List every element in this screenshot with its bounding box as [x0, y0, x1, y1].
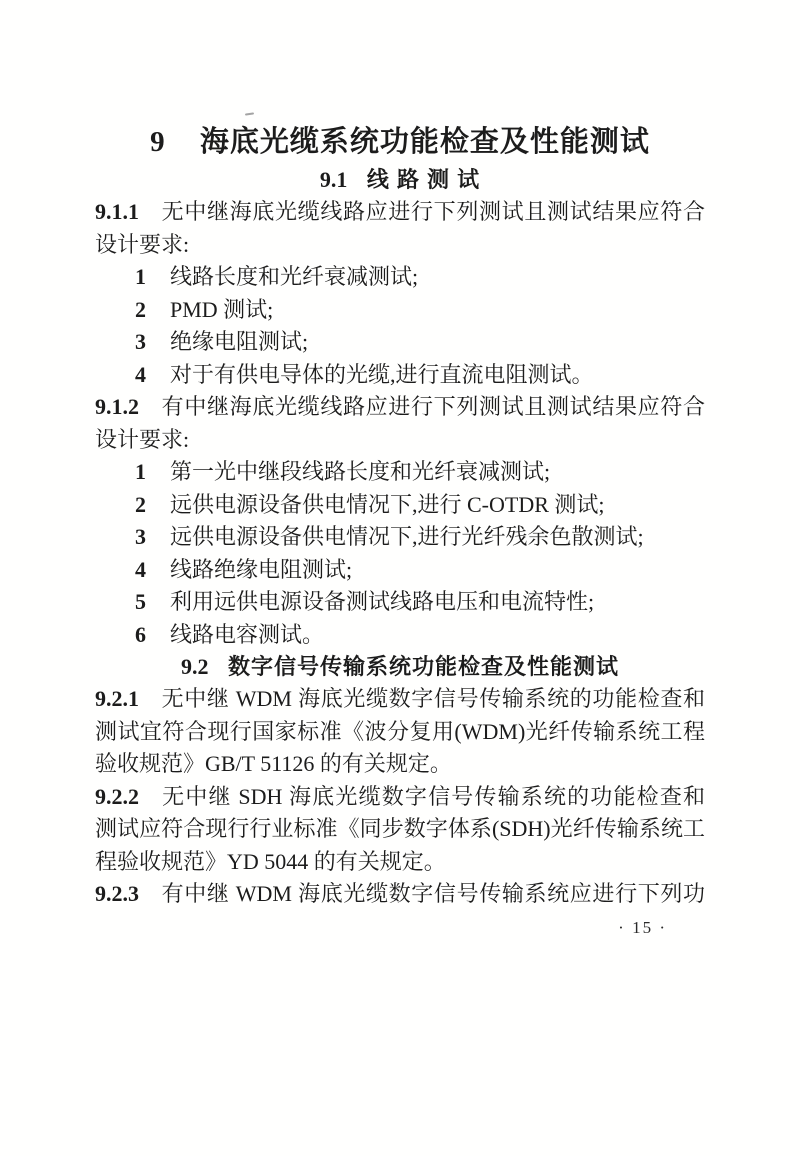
clause-9-2-1: 9.2.1无中继 WDM 海底光缆数字信号传输系统的功能检查和 测试宜符合现行国…	[95, 683, 705, 781]
section-9-2-heading: 9.2 数字信号传输系统功能检查及性能测试	[95, 651, 705, 683]
item-text: 线路长度和光纤衰减测试;	[170, 264, 418, 289]
clause-line: 9.2.3有中继 WDM 海底光缆数字信号传输系统应进行下列功	[95, 878, 705, 911]
clause-text: 有中继海底光缆线路应进行下列测试且测试结果应符合	[161, 394, 705, 419]
list-item: 2PMD 测试;	[95, 294, 705, 327]
clause-number: 9.2.1	[95, 686, 139, 711]
clause-text: 无中继 WDM 海底光缆数字信号传输系统的功能检查和	[161, 686, 705, 711]
clause-line: 设计要求:	[95, 424, 705, 457]
clause-text: 测试应符合现行行业标准《同步数字体系(SDH)光纤传输系统工	[95, 816, 705, 841]
clause-9-1-2: 9.1.2有中继海底光缆线路应进行下列测试且测试结果应符合 设计要求: 1第一光…	[95, 391, 705, 651]
clause-line: 9.1.1无中继海底光缆线路应进行下列测试且测试结果应符合	[95, 196, 705, 229]
clause-line: 设计要求:	[95, 229, 705, 262]
clause-text: 无中继海底光缆线路应进行下列测试且测试结果应符合	[161, 199, 705, 224]
item-text: 对于有供电导体的光缆,进行直流电阻测试。	[170, 362, 594, 387]
list-item: 3绝缘电阻测试;	[95, 326, 705, 359]
item-text: 利用远供电源设备测试线路电压和电流特性;	[170, 589, 594, 614]
clause-number: 9.2.2	[95, 784, 139, 809]
list-item: 2远供电源设备供电情况下,进行 C-OTDR 测试;	[95, 489, 705, 522]
list-item: 4对于有供电导体的光缆,进行直流电阻测试。	[95, 359, 705, 392]
item-number: 4	[135, 554, 170, 587]
chapter-title: 9 海底光缆系统功能检查及性能测试	[95, 120, 705, 164]
section-9-1-title: 线 路 测 试	[367, 167, 480, 192]
list-item: 4线路绝缘电阻测试;	[95, 554, 705, 587]
clause-text: 无中继 SDH 海底光缆数字信号传输系统的功能检查和	[161, 784, 705, 809]
clause-line: 测试应符合现行行业标准《同步数字体系(SDH)光纤传输系统工	[95, 813, 705, 846]
document-page: 9 海底光缆系统功能检查及性能测试 9.1 线 路 测 试 9.1.1无中继海底…	[0, 0, 800, 1156]
section-9-1-heading: 9.1 线 路 测 试	[95, 164, 705, 196]
clause-9-2-2: 9.2.2无中继 SDH 海底光缆数字信号传输系统的功能检查和 测试应符合现行行…	[95, 781, 705, 879]
section-9-2-title: 数字信号传输系统功能检查及性能测试	[228, 654, 619, 679]
item-text: 线路绝缘电阻测试;	[170, 557, 352, 582]
list-item: 6线路电容测试。	[95, 619, 705, 652]
clause-line: 9.2.2无中继 SDH 海底光缆数字信号传输系统的功能检查和	[95, 781, 705, 814]
section-9-1-number: 9.1	[320, 167, 348, 192]
item-text: 线路电容测试。	[170, 622, 324, 647]
clause-line: 程验收规范》YD 5044 的有关规定。	[95, 846, 705, 879]
item-number: 3	[135, 326, 170, 359]
item-number: 1	[135, 261, 170, 294]
item-text: 远供电源设备供电情况下,进行光纤残余色散测试;	[170, 524, 644, 549]
item-number: 2	[135, 294, 170, 327]
item-number: 6	[135, 619, 170, 652]
scan-artifact	[245, 112, 254, 115]
clause-text: 有中继 WDM 海底光缆数字信号传输系统应进行下列功	[161, 881, 705, 906]
item-text: PMD 测试;	[170, 297, 273, 322]
list-item: 5利用远供电源设备测试线路电压和电流特性;	[95, 586, 705, 619]
clause-text: 程验收规范》YD 5044 的有关规定。	[95, 849, 446, 874]
item-number: 2	[135, 489, 170, 522]
clause-line: 9.1.2有中继海底光缆线路应进行下列测试且测试结果应符合	[95, 391, 705, 424]
item-text: 绝缘电阻测试;	[170, 329, 308, 354]
list-item: 1第一光中继段线路长度和光纤衰减测试;	[95, 456, 705, 489]
clause-line: 验收规范》GB/T 51126 的有关规定。	[95, 748, 705, 781]
clause-9-1-1: 9.1.1无中继海底光缆线路应进行下列测试且测试结果应符合 设计要求: 1线路长…	[95, 196, 705, 391]
section-9-2-number: 9.2	[181, 654, 209, 679]
clause-number: 9.1.2	[95, 394, 139, 419]
item-text: 第一光中继段线路长度和光纤衰减测试;	[170, 459, 550, 484]
page-number: · 15 ·	[95, 915, 705, 941]
clause-number: 9.2.3	[95, 881, 139, 906]
clause-text: 设计要求:	[95, 427, 189, 452]
list-item: 1线路长度和光纤衰减测试;	[95, 261, 705, 294]
clause-text: 设计要求:	[95, 232, 189, 257]
clause-number: 9.1.1	[95, 199, 139, 224]
scan-artifact	[631, 146, 635, 151]
item-text: 远供电源设备供电情况下,进行 C-OTDR 测试;	[170, 492, 605, 517]
item-number: 3	[135, 521, 170, 554]
clause-line: 测试宜符合现行国家标准《波分复用(WDM)光纤传输系统工程	[95, 716, 705, 749]
chapter-title-text: 海底光缆系统功能检查及性能测试	[200, 126, 650, 158]
clause-text: 测试宜符合现行国家标准《波分复用(WDM)光纤传输系统工程	[95, 719, 705, 744]
list-item: 3远供电源设备供电情况下,进行光纤残余色散测试;	[95, 521, 705, 554]
clause-line: 9.2.1无中继 WDM 海底光缆数字信号传输系统的功能检查和	[95, 683, 705, 716]
chapter-number: 9	[150, 126, 166, 158]
item-number: 5	[135, 586, 170, 619]
clause-9-2-3: 9.2.3有中继 WDM 海底光缆数字信号传输系统应进行下列功	[95, 878, 705, 911]
item-number: 4	[135, 359, 170, 392]
clause-text: 验收规范》GB/T 51126 的有关规定。	[95, 751, 452, 776]
item-number: 1	[135, 456, 170, 489]
